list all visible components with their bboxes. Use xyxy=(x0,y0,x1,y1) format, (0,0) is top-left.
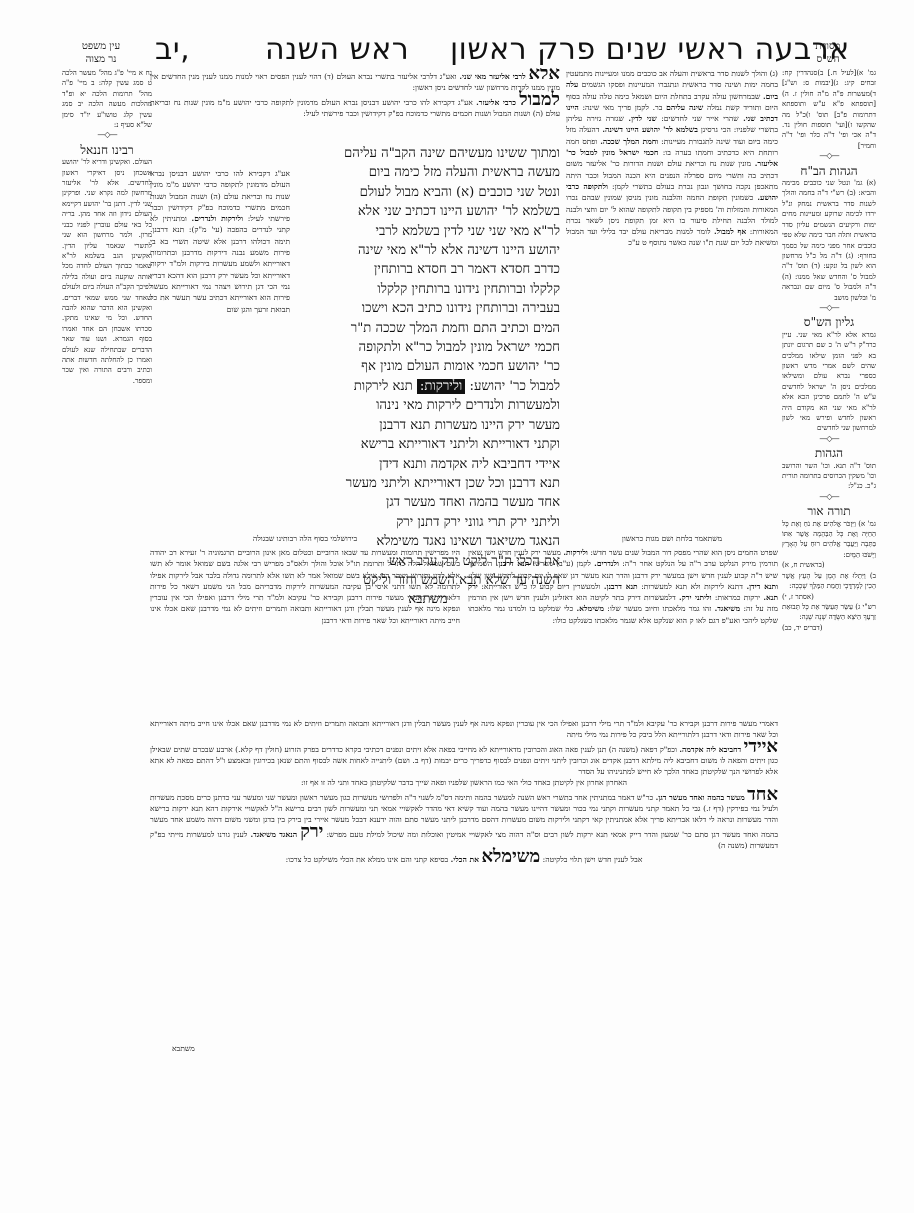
torah-or-ref-2: (אסתר ז, י) xyxy=(782,592,876,602)
ornament-divider: —◇— xyxy=(782,303,876,313)
masoret-label: מסורת xyxy=(798,40,858,53)
tosafot-text: האחרון אחרון אין לקיטתן כאחד כולי האי כמ… xyxy=(150,777,778,788)
rashi-dibbur-hamatchil: ולירקות. xyxy=(563,548,588,557)
gemara-line: וליתני ירק תרי גווני ירק דתנן ירק xyxy=(296,513,560,532)
gemara-line: תנא דרבנן וכל שכן דאורייתא וליתני מעשר xyxy=(296,474,560,493)
page-number: יב, xyxy=(155,32,190,67)
rashi-text: לקמן (ע"ב) מפרש: xyxy=(533,559,591,568)
ornament-divider: —◇— xyxy=(782,492,876,502)
ornament-divider: —◇— xyxy=(782,151,876,161)
tosafot-yerushalmi-line: בירושלמי בסוף הלה רבותינו שבגולה xyxy=(150,533,460,544)
tosafot-text: אבל לענין חדש וישן תלוי בלקיטה: xyxy=(543,855,643,864)
torah-or-ref-3: (דברים יד, כב) xyxy=(782,623,876,633)
tosafot-text: ומתניתין לא קתני לנדרים בהפכה (עי' מ"ק):… xyxy=(150,214,290,313)
rashi-text: דתנא לירקות ולא תנא למעשרות: xyxy=(641,582,743,591)
torah-or-title: תורה אור xyxy=(782,506,876,516)
tosafot-opening-word: ירק xyxy=(300,821,323,842)
gemara-line: וקתני דאורייתא וליתני דאורייתא ברישא xyxy=(296,435,560,454)
gilyon-hashas-text: גמרא אלא לר"א מאי שני. עיין כרד"ק ר"ש ה'… xyxy=(782,330,876,434)
gemara-line: איידי דחביבא ליה אקדמה ותנא דידן xyxy=(296,455,560,474)
tosafot-dibbur-hamatchil: ולירקות ולנדרים. xyxy=(192,214,243,223)
chapter-title: ארבעה ראשי שנים פרק ראשון xyxy=(450,32,850,67)
ein-mishpat-column: נח א מיי' פ"ג מהל' מעשר הלכה ט סמג עשין … xyxy=(62,68,152,557)
gemara-line: בשלמא לר' יהושע היינו דכתיב שני אלא xyxy=(296,202,560,221)
gemara-line: לר"א מאי שני שני לדין בשלמא לרבי xyxy=(296,222,560,241)
torah-or-verse-2: ב) וַיִּתְלוּ אֶת הָמָן עַל הָעֵץ אֲשֶׁר… xyxy=(782,571,876,592)
rashi-dibbur-hamatchil: תנא דרבנן. xyxy=(496,559,530,568)
rashi-dibbur-hamatchil: וליתני ירק. xyxy=(679,593,712,602)
masoret-hashas-header: מסורת הש"ס xyxy=(798,40,858,66)
rashi-text: בר. לקמן פריך מאי שינה: xyxy=(582,103,662,112)
masoret-hashas-entries: גמ' א)[לעיל ח.] ב)סנהדרין קח: זבחים קיג:… xyxy=(782,68,876,151)
gemara-line: כר' יהושע חכמי אומות העולם מונין אף xyxy=(296,357,560,376)
tosafot-opening-word: איידי xyxy=(744,736,778,757)
tosafot-text: דלתורייתא הלל ביבק כל פירות נמי מילי מית… xyxy=(567,730,699,739)
mishnah-quote-highlight: ולירקות: xyxy=(417,379,465,394)
ein-mishpat-header: עין משפט נר מצוה xyxy=(66,40,136,66)
gemara-line: בעבירה וברותחין נידונו כתיב הכא וישכו xyxy=(296,299,560,318)
ornament-divider: —◇— xyxy=(782,434,876,444)
tosafot-final-line: אבל לענין חדש וישן תלוי בלקיטה: משימלא א… xyxy=(150,851,778,865)
rashi-dibbur-hamatchil: שני לדין. xyxy=(628,114,656,123)
tosafot-opening-word: אלא xyxy=(528,68,560,84)
hagahot-title: הגהות xyxy=(782,448,876,458)
tosafot-dibbur-hamatchil: לרבי אליעזר מאי שני. xyxy=(459,72,525,81)
gemara-line: ומתוך ששינו מעשיהם שינה הקב"ה עליהם xyxy=(296,144,560,163)
rashi-dibbur-hamatchil: ותנא דידן. xyxy=(746,582,778,591)
right-margin-column: גמ' א)[לעיל ח.] ב)סנהדרין קח: זבחים קיג:… xyxy=(782,68,876,633)
rashi-dibbur-hamatchil: תנא דרבנן. xyxy=(604,582,638,591)
tosafot-dibbur-hamatchil: מעשר בהמה ואחד מעשר דגן. xyxy=(656,793,745,802)
rashi-column: (ג) והולך לשנות סדר בראשית והעלה אב כוכב… xyxy=(566,68,778,530)
rashi-text: (ג) והולך לשנות סדר בראשית והעלה אב כוכב… xyxy=(566,69,778,89)
tosafot-dibbur-hamatchil: הנאגד משיאגד. xyxy=(250,830,297,839)
gemara-text: למבול כר' יהושע: xyxy=(470,379,560,394)
rashi-dibbur-hamatchil: אף למבול. xyxy=(714,227,746,236)
tosafot-dibbur-hamatchil: דחביבא ליה אקדמה. xyxy=(679,745,741,754)
rashi-text: שהרי אייר שני לחדשים: xyxy=(661,114,738,123)
gemara-line: קלקלו וברותחין נידונו ברותחין קלקלו xyxy=(296,280,560,299)
tosafot-dibbur-hamatchil: את הכלי. xyxy=(451,855,479,864)
tosafot-opening-word: למבול xyxy=(519,89,560,110)
gemara-text: תנא לירקות xyxy=(354,379,413,394)
rashi-dibbur-hamatchil: משימלא. xyxy=(577,604,604,613)
gemara-line: ולמעשרות ולנדרים לירקות מאי נינהו xyxy=(296,396,560,415)
rashi-dibbur-hamatchil: משיאגד. xyxy=(715,604,741,613)
ornament-divider: —◇— xyxy=(62,130,152,140)
hagahot-text: תוס' ד"ה תנא. וכו' השר והרושב וכו' משקין… xyxy=(782,461,876,492)
rashi-dibbur-hamatchil: וחמת המלך שככה. xyxy=(600,137,658,146)
hashas-label: הש"ס xyxy=(798,53,858,66)
rashi-text: ולמעשרין דיום קבוע לו כ"ש דאורייתא: xyxy=(481,582,600,591)
rashi-dibbur-hamatchil: בשלמא לר' יהושע היינו דשינה. xyxy=(602,125,698,134)
ner-mitzvah-label: נר מצוה xyxy=(66,53,136,66)
gemara-line: יהושע היינו דשינה אלא לר"א מאי שינה xyxy=(296,241,560,260)
gilyon-hashas-title: גליון הש"ס xyxy=(782,317,876,327)
gemara-line: מעשר ירק היינו מעשרות תנא דרבנן xyxy=(296,416,560,435)
rashi-text: זהו גמר מלאכתו וחיוב מעשר שלו: xyxy=(607,604,711,613)
tractate-title: ראש השנה xyxy=(265,32,409,67)
rashi-dibbur-hamatchil: שינה עליהם xyxy=(666,103,703,112)
ein-mishpat-entries: נח א מיי' פ"ג מהל' מעשר הלכה ט סמג עשין … xyxy=(62,68,152,130)
tosafot-text: בסיפא קתני והם אינו ממלא את הכלי משילקט … xyxy=(286,855,449,864)
rashi-dibbur-hamatchil: ולנדרים. xyxy=(594,559,619,568)
catchword: משתבא xyxy=(172,1043,195,1054)
tosafot-text: דאמרי מעשר פירות דרבנן וקבירא כר' עקיבא … xyxy=(150,593,460,625)
rashi-continuation-line: משתאמר בלחת ושם מגות כראשון xyxy=(566,533,778,544)
gemara-line: כדרב חסדא דאמר רב חסדא ברותחין xyxy=(296,260,560,279)
gemara-line: למבול כר' יהושע: ולירקות: תנא לירקות xyxy=(296,377,560,396)
gemara-line: חכמי ישראל מונין למבול כר"א ולתקופה xyxy=(296,338,560,357)
tosafot-opening-word: משימלא xyxy=(481,846,540,867)
hagahot-habach-title: הגהות הב"ח xyxy=(782,166,876,176)
tosafot-opening-word: אחד xyxy=(747,784,778,805)
tosafot-bottom-column: היו מפרישין תרומות ומעשרות עד שבאו הרובי… xyxy=(150,547,460,715)
gemara-line: מעשה בראשית והעלה מזל כימה ביום xyxy=(296,163,560,182)
hagahot-habach-text: (א) גמ' ונטל שני כוכבים מכימה והביא: (ב)… xyxy=(782,178,876,303)
torah-or-verse-1: גמ' א) וַיִּזְכֹּר אֱלֹהִים אֶת נֹחַ וְא… xyxy=(782,519,876,561)
rashi-text: ירקות כמראות: xyxy=(715,593,760,602)
rashi-bottom-column: שפרט החמים ניסן הוא שהרי מפסק דור המבול … xyxy=(468,547,778,715)
gemara-line: ונטל שני כוכבים (א) והביא מבול לעולם xyxy=(296,183,560,202)
tosafot-column: אע"ג דקבירא להו כרבי יהושע דבניסן נברא ה… xyxy=(150,168,290,528)
ein-mishpat-label: עין משפט xyxy=(66,40,136,53)
rabbeinu-chananel-text: העולם. ואקשינן ודריא לר' יהושע אשכחן ניס… xyxy=(62,157,152,557)
tosafot-full-width: דאמרי מעשר פירות דרבנן וקבירא כר' עקיבא … xyxy=(150,718,778,1038)
tosafot-dibbur-hamatchil: כרבי אליעזר. xyxy=(476,98,516,107)
torah-or-ref-1: (בראשית ח, א) xyxy=(782,560,876,570)
rashi-text: שפרט החמים ניסן הוא שהרי מפסק דור המבול … xyxy=(590,548,778,557)
gemara-line: אחד מעשר בהמה ואחד מעשר דגן xyxy=(296,493,560,512)
rabbeinu-chananel-title: רבינו חננאל xyxy=(62,145,152,155)
gemara-line: המים וכתיב התם וחמת המלך שככה ת"ר xyxy=(296,319,560,338)
torah-or-verse-3: רש"י ג) עַשֵּׂר תְּעַשֵּׂר אֵת כָּל תְּב… xyxy=(782,602,876,623)
rashi-text: לומר למנות מבריאת עולם יבד בלילי ועד המב… xyxy=(566,227,778,247)
